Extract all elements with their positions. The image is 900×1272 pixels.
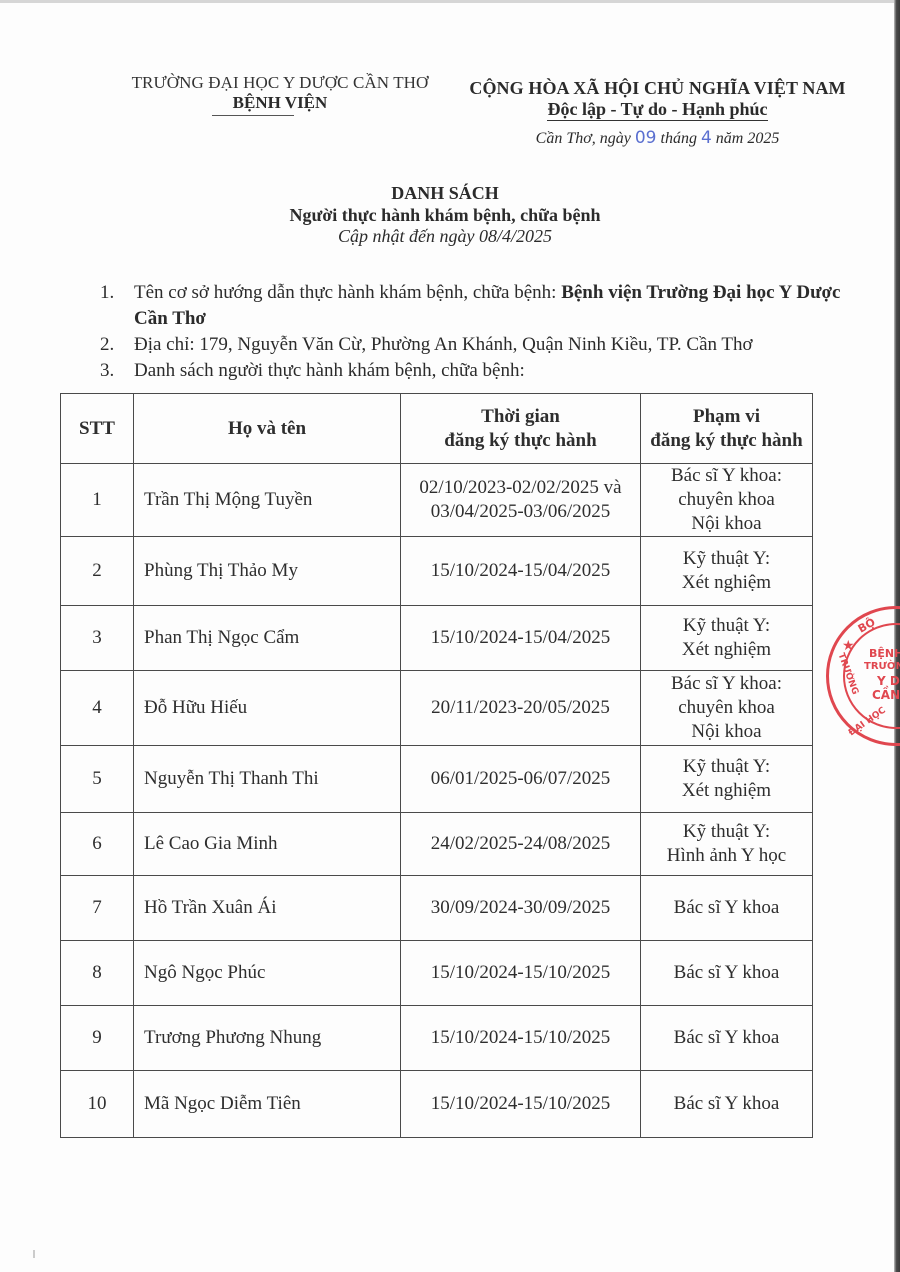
unit-name: BỆNH VIỆN <box>100 93 460 113</box>
cell-time: 06/01/2025-06/07/2025 <box>401 746 641 813</box>
document-title-block: DANH SÁCH Người thực hành khám bệnh, chữ… <box>200 183 690 247</box>
item-number: 1. <box>100 280 134 332</box>
cell-time: 24/02/2025-24/08/2025 <box>401 813 641 876</box>
cell-time: 15/10/2024-15/10/2025 <box>401 1071 641 1138</box>
cell-scope: Bác sĩ Y khoa:chuyên khoaNội khoa <box>641 671 813 746</box>
practitioners-table: STT Họ và tên Thời gianđăng ký thực hành… <box>60 393 813 1138</box>
cell-name: Ngô Ngọc Phúc <box>134 941 401 1006</box>
cell-stt: 10 <box>61 1071 134 1138</box>
cell-scope: Kỹ thuật Y:Xét nghiệm <box>641 746 813 813</box>
col-header-stt: STT <box>61 394 134 464</box>
table-row: 9Trương Phương Nhung15/10/2024-15/10/202… <box>61 1006 813 1071</box>
col-header-time: Thời gianđăng ký thực hành <box>401 394 641 464</box>
item-number: 3. <box>100 358 134 384</box>
info-list: 1. Tên cơ sở hướng dẫn thực hành khám bệ… <box>100 280 860 384</box>
table-row: 7Hồ Trần Xuân Ái30/09/2024-30/09/2025Bác… <box>61 876 813 941</box>
info-item-list-intro: 3. Danh sách người thực hành khám bệnh, … <box>100 358 860 384</box>
table-body: 1Trần Thị Mộng Tuyền02/10/2023-02/02/202… <box>61 464 813 1138</box>
cell-name: Trương Phương Nhung <box>134 1006 401 1071</box>
unit-underline <box>212 115 294 116</box>
document-updated-date: Cập nhật đến ngày 08/4/2025 <box>200 226 690 247</box>
table-row: 6Lê Cao Gia Minh24/02/2025-24/08/2025Kỹ … <box>61 813 813 876</box>
cell-time: 20/11/2023-20/05/2025 <box>401 671 641 746</box>
table-row: 10Mã Ngọc Diễm Tiên15/10/2024-15/10/2025… <box>61 1071 813 1138</box>
item-text: Tên cơ sở hướng dẫn thực hành khám bệnh,… <box>134 280 860 332</box>
cell-scope: Bác sĩ Y khoa <box>641 1071 813 1138</box>
cell-scope: Bác sĩ Y khoa <box>641 876 813 941</box>
address-text: Địa chỉ: 179, Nguyễn Văn Cừ, Phường An K… <box>134 332 860 358</box>
scan-artifact <box>33 1250 35 1258</box>
date-line: Cần Thơ, ngày 09 tháng 4 năm 2025 <box>455 128 860 148</box>
stamp-line-3: Y D <box>877 675 900 687</box>
cell-scope: Bác sĩ Y khoa <box>641 1006 813 1071</box>
cell-name: Phan Thị Ngọc Cẩm <box>134 606 401 671</box>
national-header: CỘNG HÒA XÃ HỘI CHỦ NGHĨA VIỆT NAM Độc l… <box>455 78 860 120</box>
table-row: 8Ngô Ngọc Phúc15/10/2024-15/10/2025Bác s… <box>61 941 813 1006</box>
facility-label: Tên cơ sở hướng dẫn thực hành khám bệnh,… <box>134 282 561 303</box>
list-intro-text: Danh sách người thực hành khám bệnh, chữ… <box>134 358 860 384</box>
cell-stt: 3 <box>61 606 134 671</box>
cell-name: Trần Thị Mộng Tuyền <box>134 464 401 537</box>
cell-stt: 8 <box>61 941 134 1006</box>
institution-name: TRƯỜNG ĐẠI HỌC Y DƯỢC CẦN THƠ <box>100 73 460 93</box>
cell-time: 15/10/2024-15/04/2025 <box>401 606 641 671</box>
cell-time: 30/09/2024-30/09/2025 <box>401 876 641 941</box>
table-header-row: STT Họ và tên Thời gianđăng ký thực hành… <box>61 394 813 464</box>
date-day-handwritten: 09 <box>635 128 657 148</box>
date-month-label: tháng <box>661 130 697 147</box>
stamp-line-4: CẦN <box>872 689 900 701</box>
table-row: 2Phùng Thị Thảo My15/10/2024-15/04/2025K… <box>61 537 813 606</box>
info-item-address: 2. Địa chỉ: 179, Nguyễn Văn Cừ, Phường A… <box>100 332 860 358</box>
cell-scope: Kỹ thuật Y:Hình ảnh Y học <box>641 813 813 876</box>
stamp-star-icon: ★ <box>842 640 855 652</box>
document-title: DANH SÁCH <box>200 183 690 204</box>
cell-scope: Bác sĩ Y khoa <box>641 941 813 1006</box>
cell-scope: Bác sĩ Y khoa:chuyên khoaNội khoa <box>641 464 813 537</box>
date-year: năm 2025 <box>716 130 780 147</box>
cell-stt: 4 <box>61 671 134 746</box>
cell-name: Nguyễn Thị Thanh Thi <box>134 746 401 813</box>
cell-stt: 1 <box>61 464 134 537</box>
date-prefix: Cần Thơ, ngày <box>536 130 631 147</box>
cell-name: Đỗ Hữu Hiếu <box>134 671 401 746</box>
cell-time: 02/10/2023-02/02/2025 và03/04/2025-03/06… <box>401 464 641 537</box>
col-header-name: Họ và tên <box>134 394 401 464</box>
table-row: 4Đỗ Hữu Hiếu20/11/2023-20/05/2025Bác sĩ … <box>61 671 813 746</box>
date-month-handwritten: 4 <box>701 128 712 148</box>
cell-stt: 7 <box>61 876 134 941</box>
motto: Độc lập - Tự do - Hạnh phúc <box>455 99 860 120</box>
cell-scope: Kỹ thuật Y:Xét nghiệm <box>641 606 813 671</box>
cell-stt: 6 <box>61 813 134 876</box>
table-row: 3Phan Thị Ngọc Cẩm15/10/2024-15/04/2025K… <box>61 606 813 671</box>
cell-name: Lê Cao Gia Minh <box>134 813 401 876</box>
col-header-scope: Phạm viđăng ký thực hành <box>641 394 813 464</box>
cell-name: Mã Ngọc Diễm Tiên <box>134 1071 401 1138</box>
stamp-line-1: BỆNH <box>869 648 900 660</box>
cell-stt: 5 <box>61 746 134 813</box>
table-row: 1Trần Thị Mộng Tuyền02/10/2023-02/02/202… <box>61 464 813 537</box>
cell-name: Phùng Thị Thảo My <box>134 537 401 606</box>
cell-time: 15/10/2024-15/04/2025 <box>401 537 641 606</box>
table-row: 5Nguyễn Thị Thanh Thi06/01/2025-06/07/20… <box>61 746 813 813</box>
info-item-facility: 1. Tên cơ sở hướng dẫn thực hành khám bệ… <box>100 280 860 332</box>
stamp-line-2: TRƯỜNG <box>864 661 900 673</box>
scan-top-edge <box>0 0 900 3</box>
issuer-header: TRƯỜNG ĐẠI HỌC Y DƯỢC CẦN THƠ BỆNH VIỆN <box>100 73 460 113</box>
cell-name: Hồ Trần Xuân Ái <box>134 876 401 941</box>
cell-scope: Kỹ thuật Y:Xét nghiệm <box>641 537 813 606</box>
cell-time: 15/10/2024-15/10/2025 <box>401 941 641 1006</box>
cell-time: 15/10/2024-15/10/2025 <box>401 1006 641 1071</box>
national-title: CỘNG HÒA XÃ HỘI CHỦ NGHĨA VIỆT NAM <box>455 78 860 99</box>
document-subtitle: Người thực hành khám bệnh, chữa bệnh <box>200 205 690 226</box>
cell-stt: 2 <box>61 537 134 606</box>
item-number: 2. <box>100 332 134 358</box>
cell-stt: 9 <box>61 1006 134 1071</box>
